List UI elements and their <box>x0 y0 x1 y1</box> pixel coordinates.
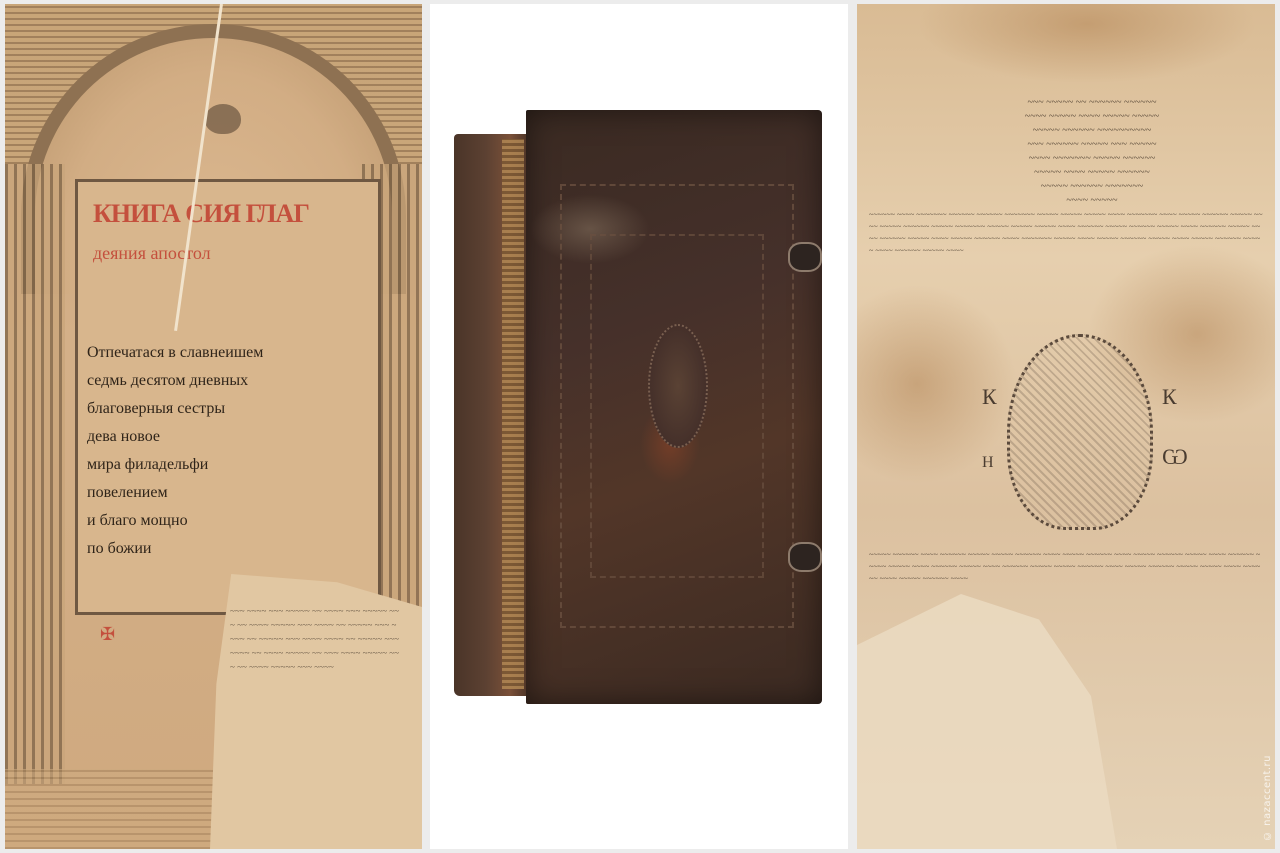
text-line: седмь десятом дневных <box>87 367 377 395</box>
manuscript-body-text: ~~~~~~ ~~~~ ~~~~~~~ ~~~~~~ ~~~~~~ ~~~~~~… <box>869 209 1264 257</box>
water-stain <box>917 4 1257 84</box>
text-line: мира филадельфи <box>87 451 377 479</box>
watermark-text: © nazaccent.ru <box>1262 755 1273 841</box>
manuscript-page-photo: ~~~ ~~~~~ ~~ ~~~~~~ ~~~~~~~~~~ ~~~~~ ~~~… <box>857 4 1275 849</box>
left-pillar <box>5 164 65 784</box>
handwritten-overlay-text: ~~~ ~~~~ ~~~ ~~~~~ ~~ ~~~~ ~~~ ~~~~~ ~~~… <box>230 604 400 674</box>
text-line: благоверныя сестры <box>87 395 377 423</box>
torn-paper-area <box>857 594 1117 849</box>
emblem-letter: Н <box>982 454 994 472</box>
upper-clasp-icon <box>788 242 822 272</box>
central-emblem <box>1007 334 1153 530</box>
vase-ornament <box>205 104 241 134</box>
emblem-letter: Ѡ <box>1162 444 1188 470</box>
text-line: дева новое <box>87 423 377 451</box>
text-line: по божии <box>87 535 377 563</box>
red-subtitle-text: деяния апостол <box>93 240 363 268</box>
emblem-letter: К <box>1162 384 1177 410</box>
red-title-text: КНИГА СИЯ ГЛАГ <box>93 200 363 229</box>
red-cross-icon: ✠ <box>100 624 115 645</box>
book-binding-photo <box>430 4 848 849</box>
center-medallion <box>648 324 708 448</box>
manuscript-lower-text: ~~~~~ ~~~~~~ ~~~~ ~~~~~~ ~~~~~ ~~~~~ ~~~… <box>869 549 1264 585</box>
text-line: повелением <box>87 479 377 507</box>
text-line: Отпечатася в славнеишем <box>87 339 377 367</box>
title-body-text: Отпечатася в славнеишем седмь десятом дн… <box>87 339 377 563</box>
title-page-photo: КНИГА СИЯ ГЛАГ деяния апостол Отпечатася… <box>5 4 422 849</box>
page-edges <box>502 139 524 689</box>
manuscript-header-text: ~~~ ~~~~~ ~~ ~~~~~~ ~~~~~~~~~~ ~~~~~ ~~~… <box>957 96 1227 208</box>
lower-clasp-icon <box>788 542 822 572</box>
text-line: и благо мощно <box>87 507 377 535</box>
emblem-letter: К <box>982 384 997 410</box>
